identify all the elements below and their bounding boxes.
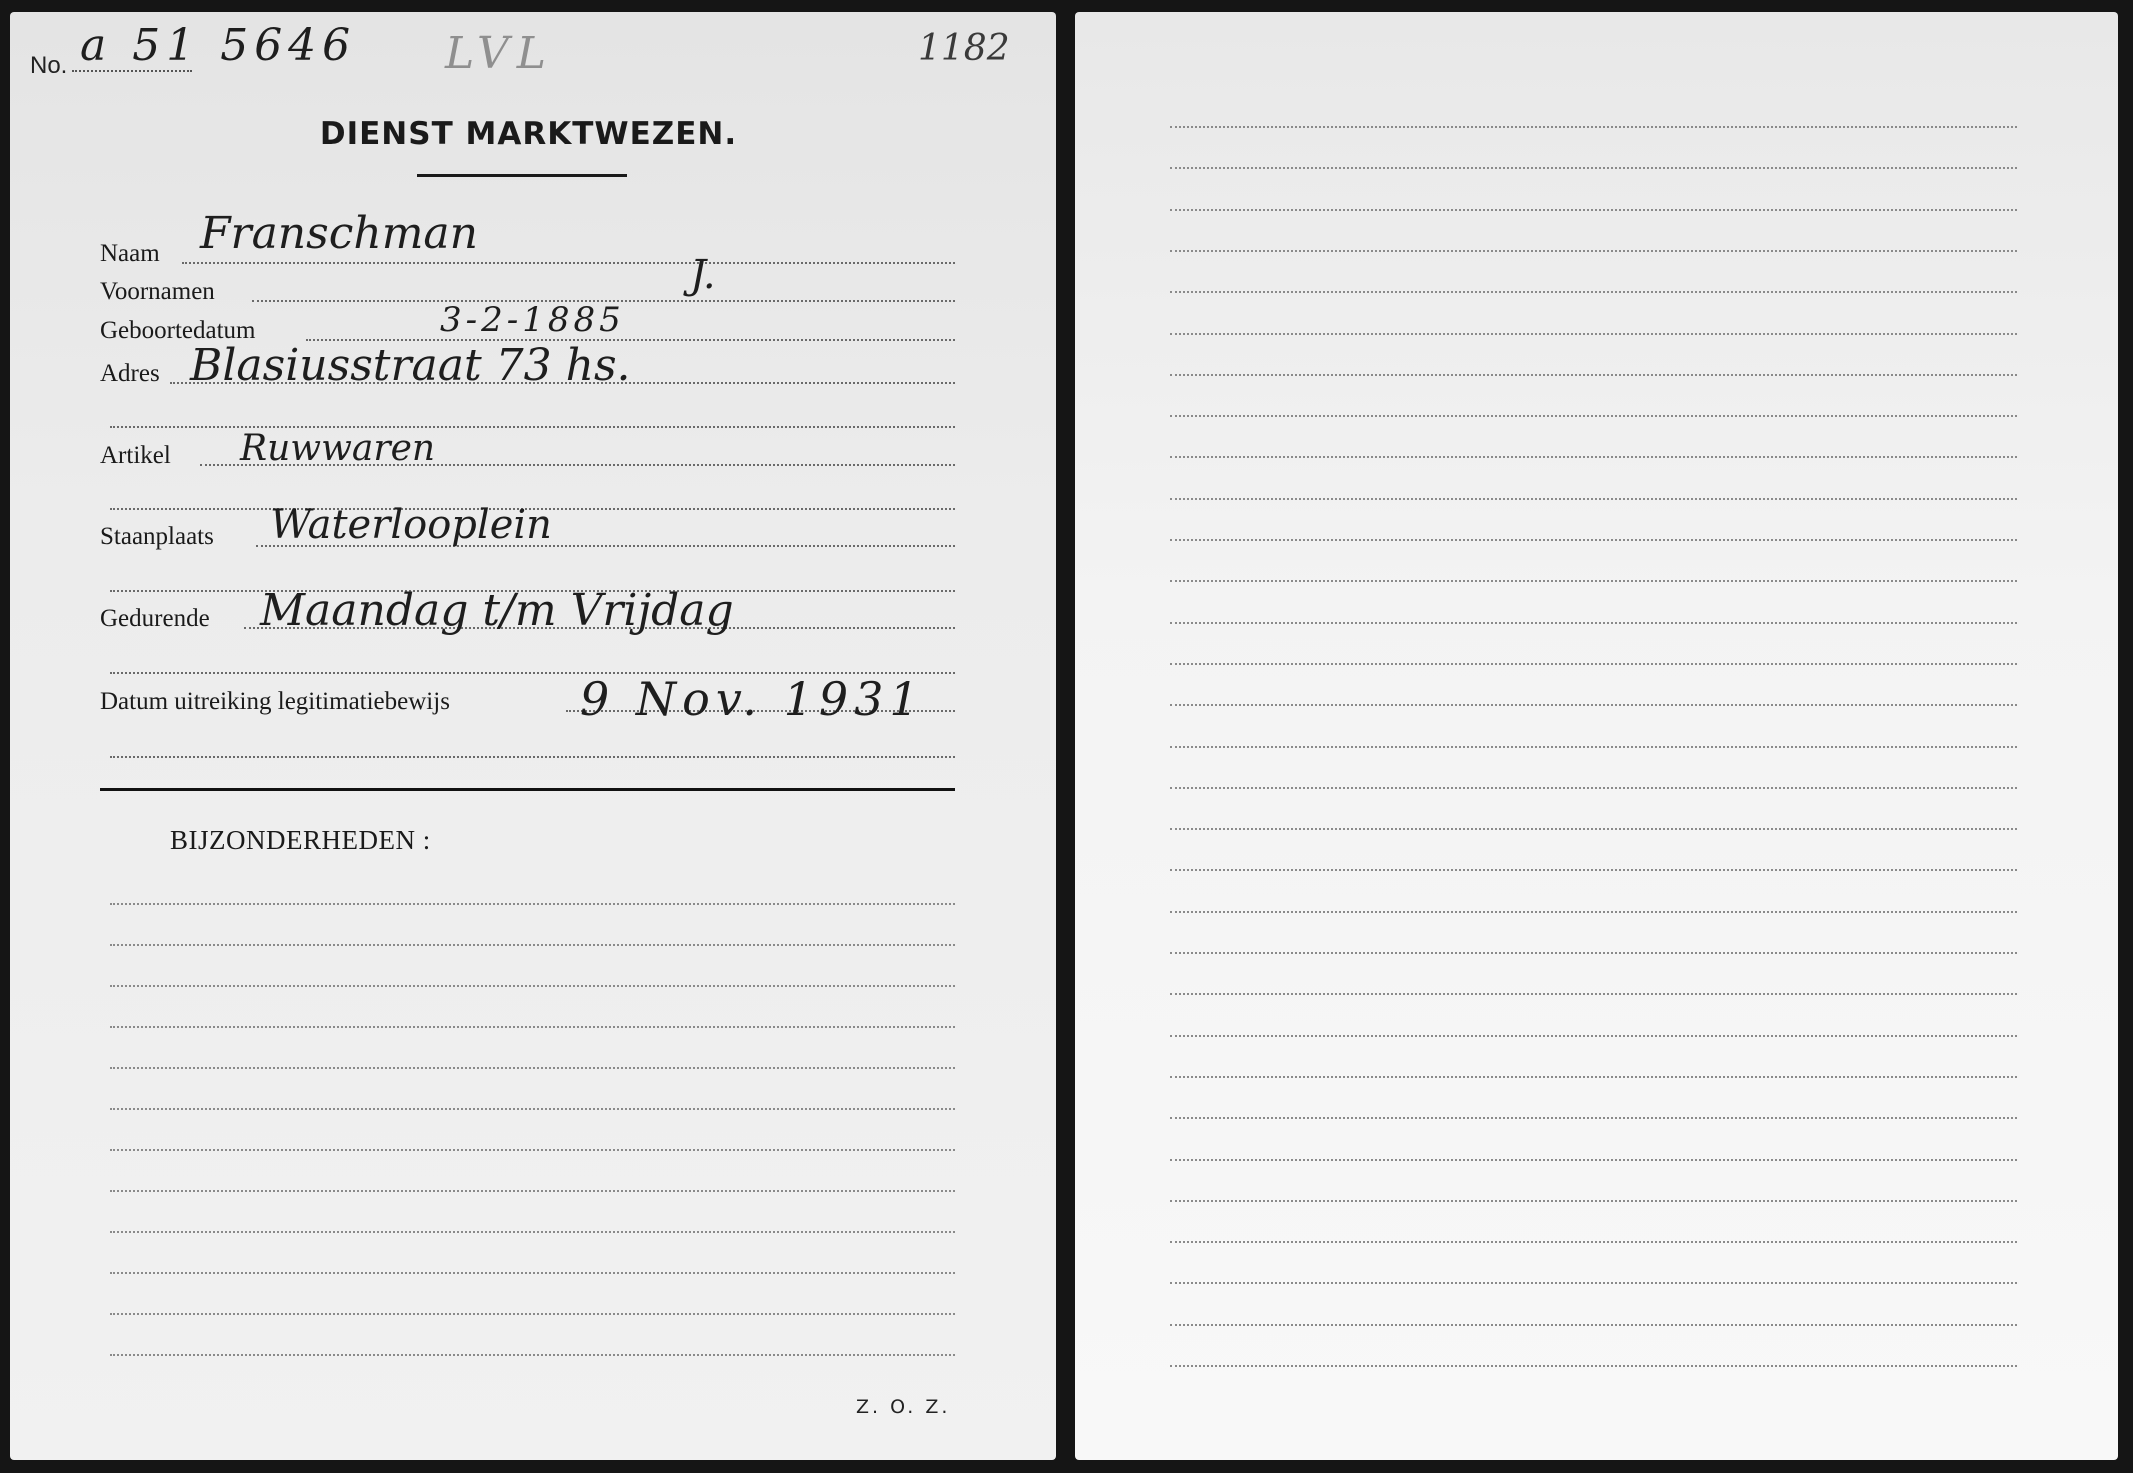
- back-ruled-line: [1170, 1365, 2017, 1367]
- remarks-line: [110, 1231, 955, 1233]
- turn-over-note: Z. O. Z.: [856, 1396, 950, 1418]
- back-ruled-line: [1170, 911, 2017, 913]
- field-label-gedurende: Gedurende: [100, 605, 210, 633]
- remarks-line: [110, 944, 955, 946]
- back-ruled-line: [1170, 539, 2017, 541]
- field-line-naam: [182, 262, 955, 264]
- remarks-line: [110, 1354, 955, 1356]
- field-line-blank: [110, 426, 955, 428]
- back-ruled-line: [1170, 663, 2017, 665]
- page-title: DIENST MARKTWEZEN.: [242, 116, 815, 152]
- back-ruled-line: [1170, 828, 2017, 830]
- back-ruled-line: [1170, 415, 2017, 417]
- back-ruled-line: [1170, 126, 2017, 128]
- field-value-voornamen: J.: [690, 252, 716, 298]
- field-value-naam: Franschman: [200, 208, 478, 259]
- back-ruled-line: [1170, 993, 2017, 995]
- remarks-line: [110, 1313, 955, 1315]
- number-label: No.: [30, 52, 67, 80]
- remarks-heading: BIJZONDERHEDEN :: [170, 825, 431, 856]
- back-ruled-line: [1170, 374, 2017, 376]
- remarks-line: [110, 1149, 955, 1151]
- field-line-blank: [110, 756, 955, 758]
- back-ruled-line: [1170, 1241, 2017, 1243]
- number-pencil-note: LVL: [445, 28, 554, 79]
- remarks-line: [110, 985, 955, 987]
- back-ruled-line: [1170, 952, 2017, 954]
- back-ruled-line: [1170, 869, 2017, 871]
- number-value: a 51 5646: [80, 20, 356, 71]
- back-ruled-line: [1170, 498, 2017, 500]
- remarks-line: [110, 903, 955, 905]
- back-ruled-line: [1170, 333, 2017, 335]
- remarks-line: [110, 1026, 955, 1028]
- field-label-artikel: Artikel: [100, 442, 171, 470]
- back-ruled-line: [1170, 1282, 2017, 1284]
- field-label-adres: Adres: [100, 360, 160, 388]
- back-ruled-line: [1170, 291, 2017, 293]
- back-ruled-line: [1170, 1035, 2017, 1037]
- remarks-line: [110, 1272, 955, 1274]
- field-value-adres: Blasiusstraat 73 hs.: [190, 340, 631, 391]
- remarks-line: [110, 1190, 955, 1192]
- field-value-geboortedatum: 3-2-1885: [440, 300, 625, 340]
- back-ruled-line: [1170, 622, 2017, 624]
- back-ruled-line: [1170, 250, 2017, 252]
- back-ruled-line: [1170, 167, 2017, 169]
- field-label-staanplaats: Staanplaats: [100, 523, 214, 551]
- registration-card-front: [10, 12, 1056, 1460]
- field-value-artikel: Ruwwaren: [240, 428, 435, 469]
- back-ruled-line: [1170, 1200, 2017, 1202]
- remarks-line: [110, 1067, 955, 1069]
- field-value-staanplaats: Waterlooplein: [270, 502, 552, 548]
- title-divider: [417, 174, 627, 177]
- back-ruled-line: [1170, 704, 2017, 706]
- back-ruled-line: [1170, 209, 2017, 211]
- section-divider: [100, 788, 955, 791]
- back-ruled-line: [1170, 1159, 2017, 1161]
- card-number: 1182: [918, 28, 1010, 69]
- back-ruled-line: [1170, 787, 2017, 789]
- back-ruled-line: [1170, 580, 2017, 582]
- field-label-datum-uitreiking: Datum uitreiking legitimatiebewijs: [100, 688, 450, 716]
- back-ruled-line: [1170, 456, 2017, 458]
- back-ruled-line: [1170, 1117, 2017, 1119]
- remarks-line: [110, 1108, 955, 1110]
- field-label-naam: Naam: [100, 240, 160, 268]
- back-ruled-line: [1170, 746, 2017, 748]
- back-ruled-line: [1170, 1324, 2017, 1326]
- field-label-voornamen: Voornamen: [100, 278, 215, 306]
- field-value-datum-uitreiking: 9 Nov. 1931: [580, 672, 925, 726]
- back-ruled-line: [1170, 1076, 2017, 1078]
- field-value-gedurende: Maandag t/m Vrijdag: [260, 585, 734, 636]
